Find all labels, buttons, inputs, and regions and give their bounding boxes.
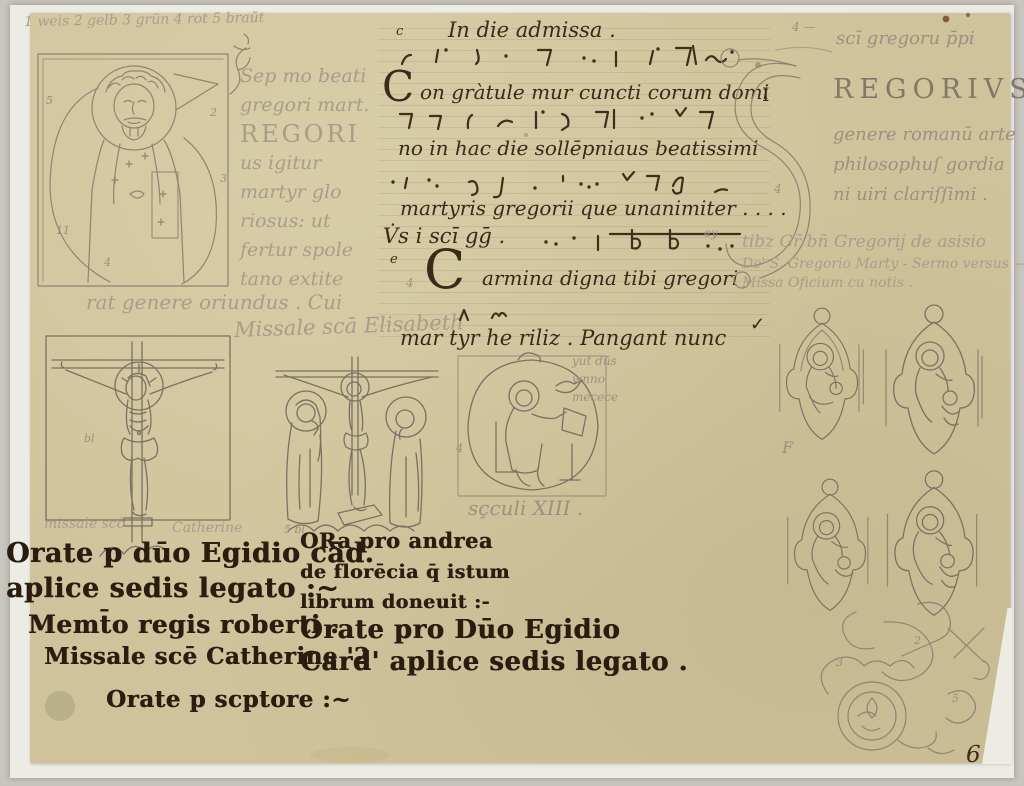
legend-line: philosophuſ gordia <box>833 150 1016 180</box>
interlace-ornament-drawing: 2 3 5 <box>798 598 1016 773</box>
initial-mark-I: I <box>762 84 770 106</box>
medallion-drawing-1 <box>778 302 866 450</box>
folio-number: 6 <box>966 742 981 768</box>
bust-mark-2: 2 <box>209 106 217 119</box>
left-pencil-column: Sep mo beati gregori mart. REGORI us igi… <box>240 62 369 294</box>
chant-mark-4: 4 <box>406 276 414 290</box>
side-note-line: wnno <box>572 370 618 388</box>
right-margin-notes: tibz Gr̄ bn̄ Gregorij de asisio De' S. G… <box>742 232 1024 291</box>
gothic-center-line: librum doneuit :- <box>300 591 688 613</box>
bust-mark-4: 4 <box>103 256 111 269</box>
bust-mark-3: 3 <box>220 172 227 185</box>
legend-line: genere romanū arte <box>833 120 1016 150</box>
sci-gregorii-header: scī gregoru p̄pi <box>836 28 975 49</box>
crucifixion-group-drawing: 5 bl <box>260 345 452 547</box>
right-note-line: Missa Oficium cu notis . <box>742 275 1024 291</box>
carmina-initial: C <box>424 238 465 301</box>
initial-o-mark-4: 4 <box>455 442 463 455</box>
gothic-center-line: de florēcia q̄ istum <box>300 561 688 583</box>
chant-lead-mark: c <box>396 24 403 39</box>
gothic-left-line: Orate p scptore :~ <box>106 686 374 713</box>
gregorius-legend-lines: genere romanū arte philosophuſ gordia ni… <box>833 120 1016 210</box>
interlace-mark-2: 2 <box>913 634 921 647</box>
carmina-line: armina digna tibi gregori <box>482 266 738 290</box>
neume-row-5 <box>452 304 522 324</box>
initial-mark-4: 4 <box>774 182 782 196</box>
right-note-mark-ey: ey <box>704 226 718 240</box>
side-note-line: yut dūs <box>572 352 618 370</box>
gothic-center-line: ORa pro andrea <box>300 528 688 553</box>
interlace-mark-3: 3 <box>836 656 843 669</box>
chant-title: In die admissa . <box>448 18 616 42</box>
bust-mark-11: 11 <box>56 224 70 237</box>
seculi-caption: sçculi XIII . <box>468 496 583 520</box>
neume-row-1 <box>388 40 738 74</box>
medallion-drawing-2 <box>884 302 984 462</box>
line-no-in-hac: no in hac die sollēpniaus beatissimi <box>398 136 758 160</box>
gothic-center-line: Card' aplice sedis legato . <box>300 647 688 677</box>
side-note-line: mecece <box>572 388 618 406</box>
crucifix-caption-left: missale scō <box>44 516 125 532</box>
right-note-line: De' S. Gregorio Marty - Sermo versus — <box>742 256 1024 272</box>
scan-canvas: 1 weis 2 gelb 3 grün 4 rot 5 braũt 5 2 3… <box>0 0 1024 786</box>
left-col-line: riosus: ut <box>240 207 369 236</box>
carmina-mark: e <box>390 252 398 267</box>
top-right-mark-4: 4 — <box>792 20 815 34</box>
gregory-bust-drawing: 5 2 3 11 4 <box>34 44 234 296</box>
left-col-line: Sep mo beati <box>240 62 369 91</box>
interlace-mark-5: 5 <box>952 692 959 705</box>
initial-o-side-note: yut dūs wnno mecece <box>572 352 618 406</box>
neume-row-2 <box>390 104 740 138</box>
left-col-line: martyr glo <box>240 178 369 207</box>
regorius-caps: REGORIVS <box>833 74 1024 105</box>
left-col-line: fertur spole <box>240 236 369 265</box>
left-col-line: us igitur <box>240 149 369 178</box>
gothic-block-center: ORa pro andrea de florēcia q̄ istum libr… <box>300 528 688 677</box>
crucifix-mark-bl: bl <box>84 432 95 445</box>
left-col-line: gregori mart. <box>240 91 369 120</box>
medallion-letter-f: F <box>782 438 793 457</box>
right-note-line: tibz Gr̄ bn̄ Gregorij de asisio <box>742 232 1024 252</box>
pencil-continuation-line: rat genere oriundus . Cui <box>86 290 342 314</box>
legend-line: ni uiri clariſſimi . <box>833 180 1016 210</box>
crucifix-caption-right: Catherine <box>172 520 242 536</box>
gothic-center-line: Orate pro Dūo Egidio <box>300 615 688 645</box>
bust-mark-5: 5 <box>46 94 53 107</box>
left-col-line-regori: REGORI <box>240 120 369 149</box>
check-mark: ✓ <box>750 314 765 335</box>
